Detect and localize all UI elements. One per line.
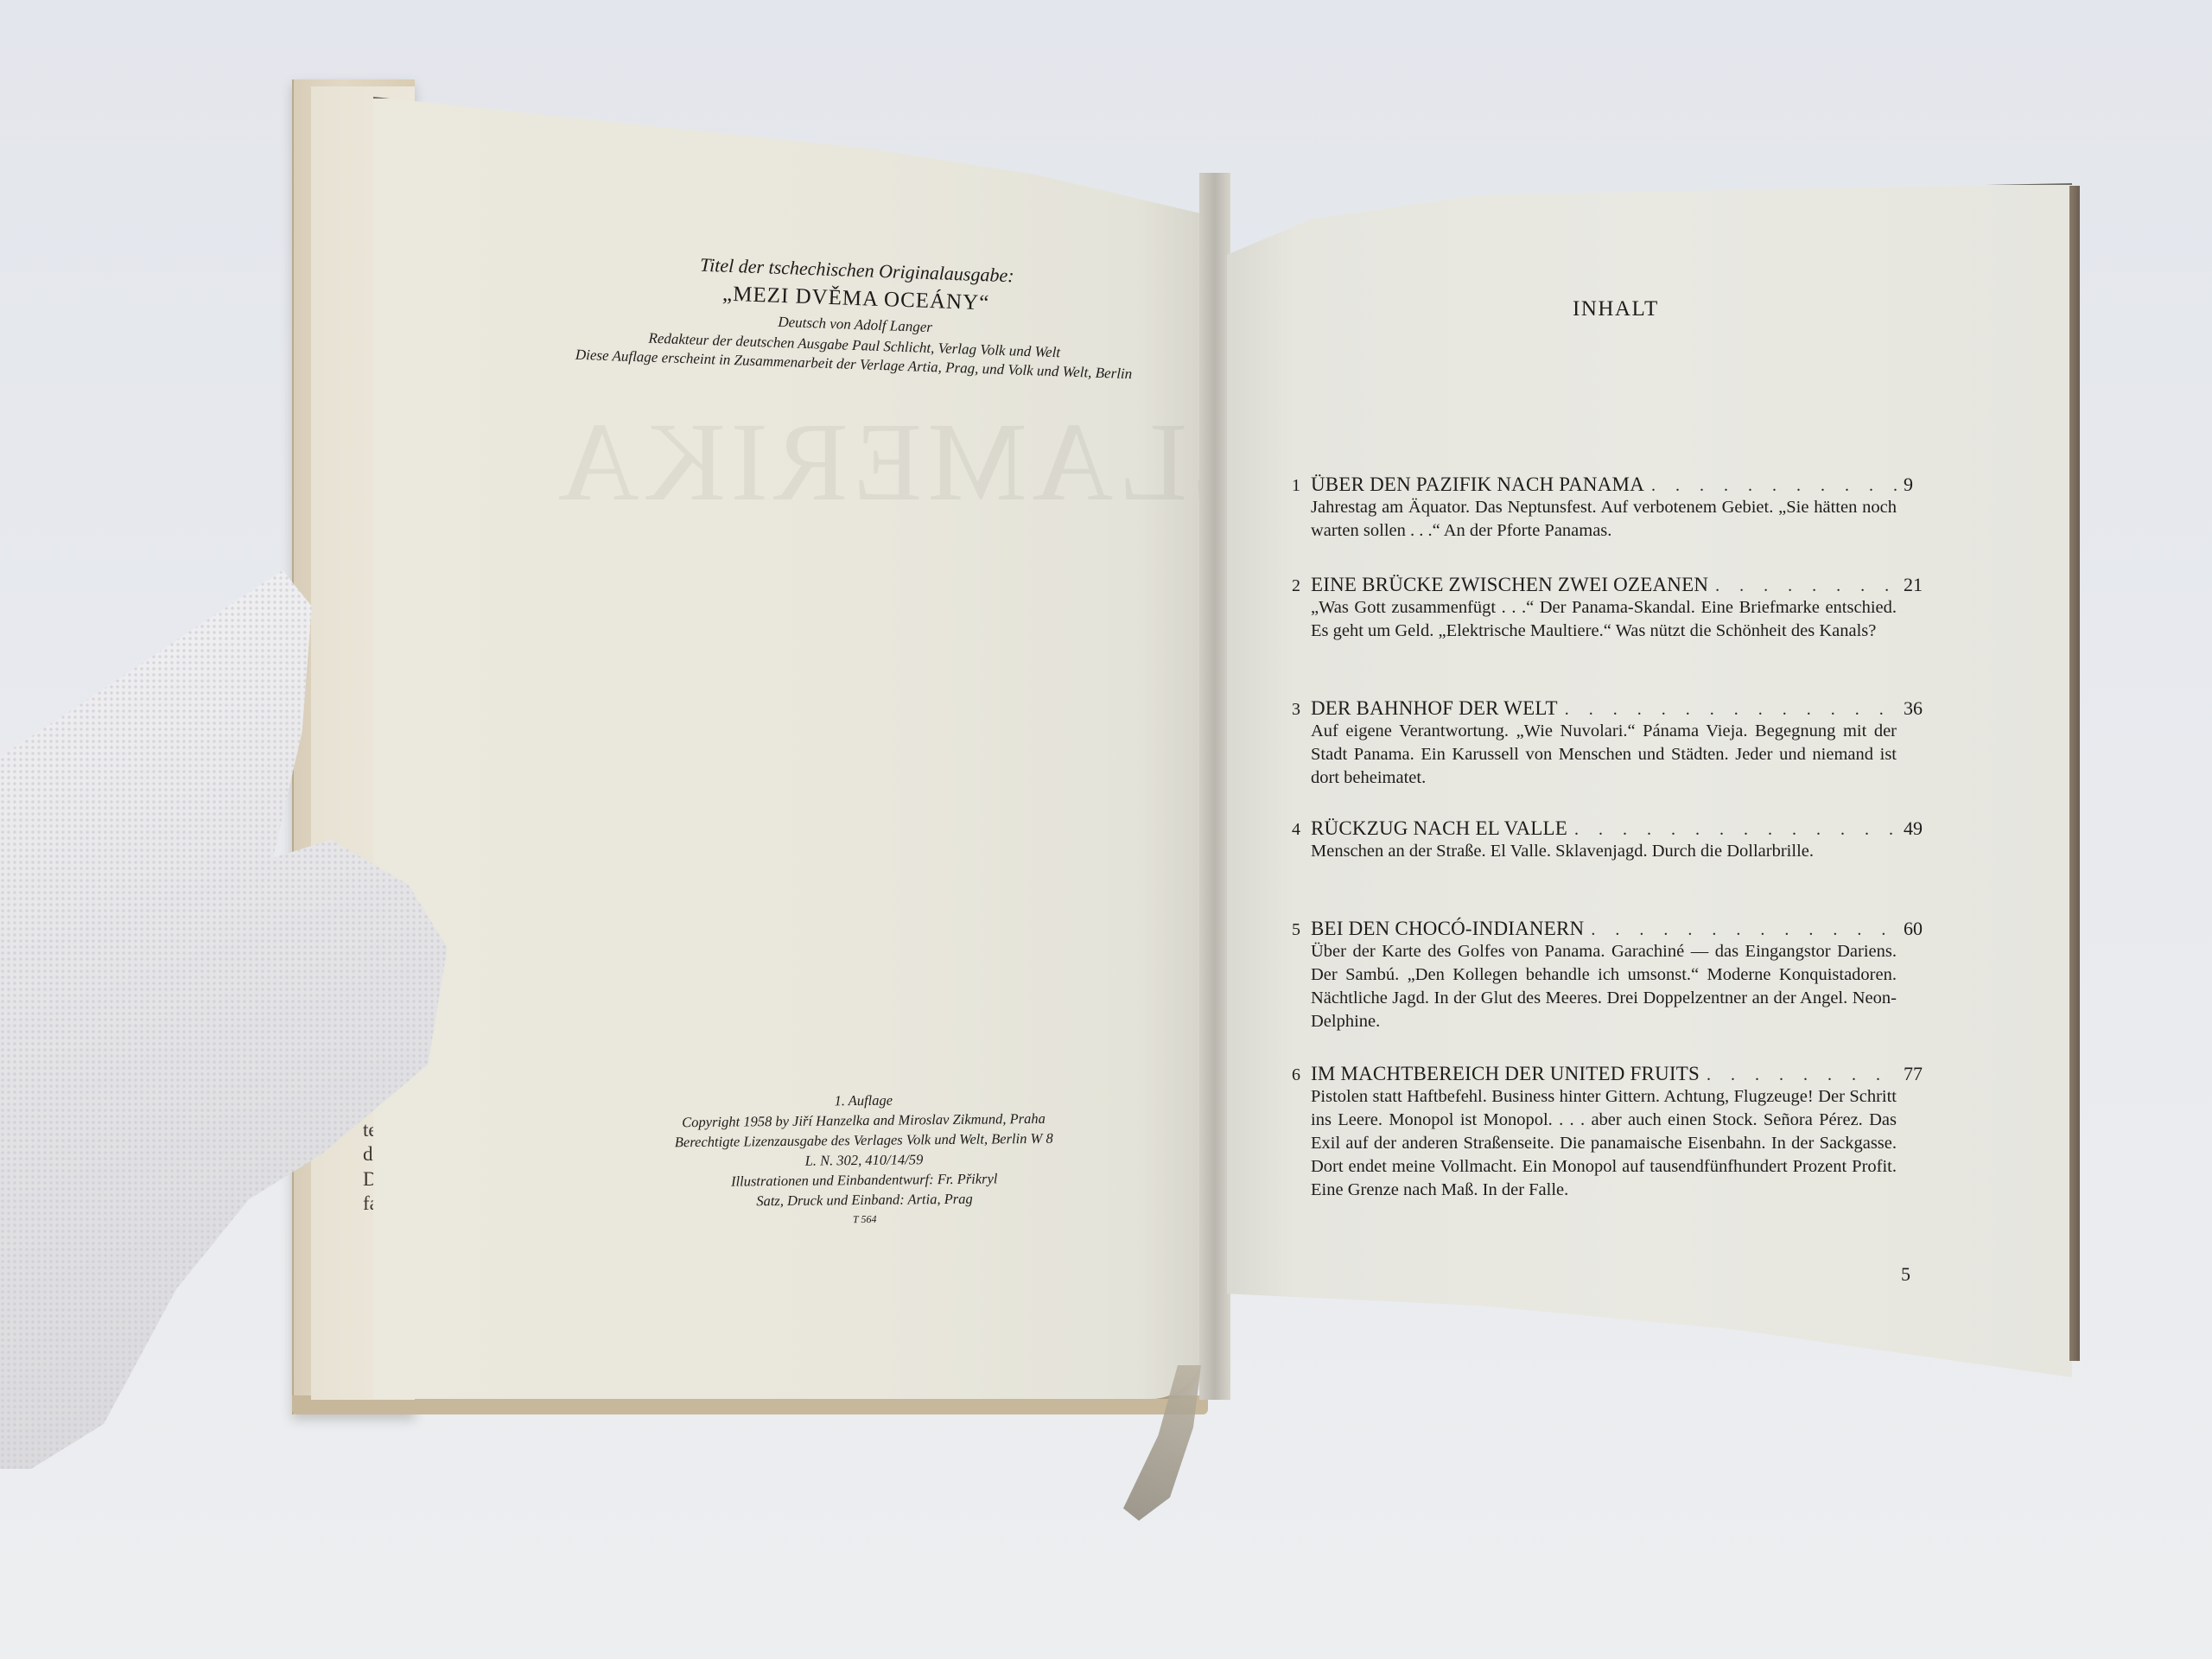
toc-entry[interactable]: 3 DER BAHNHOF DER WELT . . . . . . . . .… [1292, 697, 1897, 790]
chapter-heading: RÜCKZUG NACH EL VALLE [1311, 817, 1574, 840]
chapter-summary: Menschen an der Straße. El Valle. Sklave… [1311, 840, 1897, 863]
book-cover-right-edge [2069, 186, 2080, 1361]
chapter-heading: EINE BRÜCKE ZWISCHEN ZWEI OZEANEN [1311, 574, 1715, 596]
toc-entry[interactable]: 6 IM MACHTBEREICH DER UNITED FRUITS . . … [1292, 1063, 1897, 1202]
toc-entry[interactable]: 4 RÜCKZUG NACH EL VALLE . . . . . . . . … [1292, 817, 1897, 863]
leader-dots: . . . . . . . . . . . . . . . . . . . . … [1565, 700, 1897, 720]
chapter-page: 49 [1904, 817, 1947, 840]
toc-entry[interactable]: 5 BEI DEN CHOCÓ-INDIANERN . . . . . . . … [1292, 918, 1897, 1033]
chapter-heading: IM MACHTBEREICH DER UNITED FRUITS [1311, 1063, 1707, 1085]
leader-dots: . . . . . . . . . . . . . . . . . . . . … [1574, 820, 1897, 840]
toc-title: INHALT [1573, 297, 1659, 321]
chapter-heading: ÜBER DEN PAZIFIK NACH PANAMA [1311, 474, 1651, 496]
leader-dots: . . . . . . . . . . . . . . . . . . . . … [1707, 1065, 1897, 1085]
page-number: 5 [1901, 1263, 1910, 1286]
chapter-summary: Jahrestag am Äquator. Das Neptunsfest. A… [1311, 496, 1897, 543]
chapter-page: 36 [1904, 697, 1947, 720]
chapter-number: 1 [1292, 476, 1311, 496]
chapter-number: 2 [1292, 576, 1311, 596]
chapter-number: 5 [1292, 920, 1311, 940]
toc-entry[interactable]: 1 ÜBER DEN PAZIFIK NACH PANAMA . . . . .… [1292, 474, 1897, 543]
chapter-number: 6 [1292, 1065, 1311, 1085]
copyright-block: 1. Auflage Copyright 1958 by Jiří Hanzel… [604, 1088, 1124, 1232]
chapter-summary: Über der Karte des Golfes von Panama. Ga… [1311, 940, 1897, 1033]
book-gutter [1199, 173, 1230, 1400]
leader-dots: . . . . . . . . . . . . . . . . . . . . … [1715, 576, 1897, 596]
leader-dots: . . . . . . . . . . . . . . . . . . . . … [1591, 920, 1897, 940]
chapter-number: 3 [1292, 700, 1311, 720]
chapter-number: 4 [1292, 820, 1311, 840]
chapter-heading: BEI DEN CHOCÓ-INDIANERN [1311, 918, 1591, 940]
chapter-page: 21 [1904, 574, 1947, 596]
chapter-summary: Auf eigene Verantwortung. „Wie Nuvolari.… [1311, 720, 1897, 790]
chapter-page: 77 [1904, 1063, 1947, 1085]
chapter-heading: DER BAHNHOF DER WELT [1311, 697, 1565, 720]
toc-entry[interactable]: 2 EINE BRÜCKE ZWISCHEN ZWEI OZEANEN . . … [1292, 574, 1897, 643]
chapter-summary: Pistolen statt Haftbefehl. Business hint… [1311, 1085, 1897, 1202]
chapter-page: 60 [1904, 918, 1947, 940]
chapter-page: 9 [1904, 474, 1947, 496]
chapter-summary: „Was Gott zusammenfügt . . .“ Der Panama… [1311, 596, 1897, 643]
imprint-block: Titel der tschechischen Originalausgabe:… [518, 259, 1192, 373]
leader-dots: . . . . . . . . . . . . . . . . . . . . … [1651, 476, 1897, 496]
